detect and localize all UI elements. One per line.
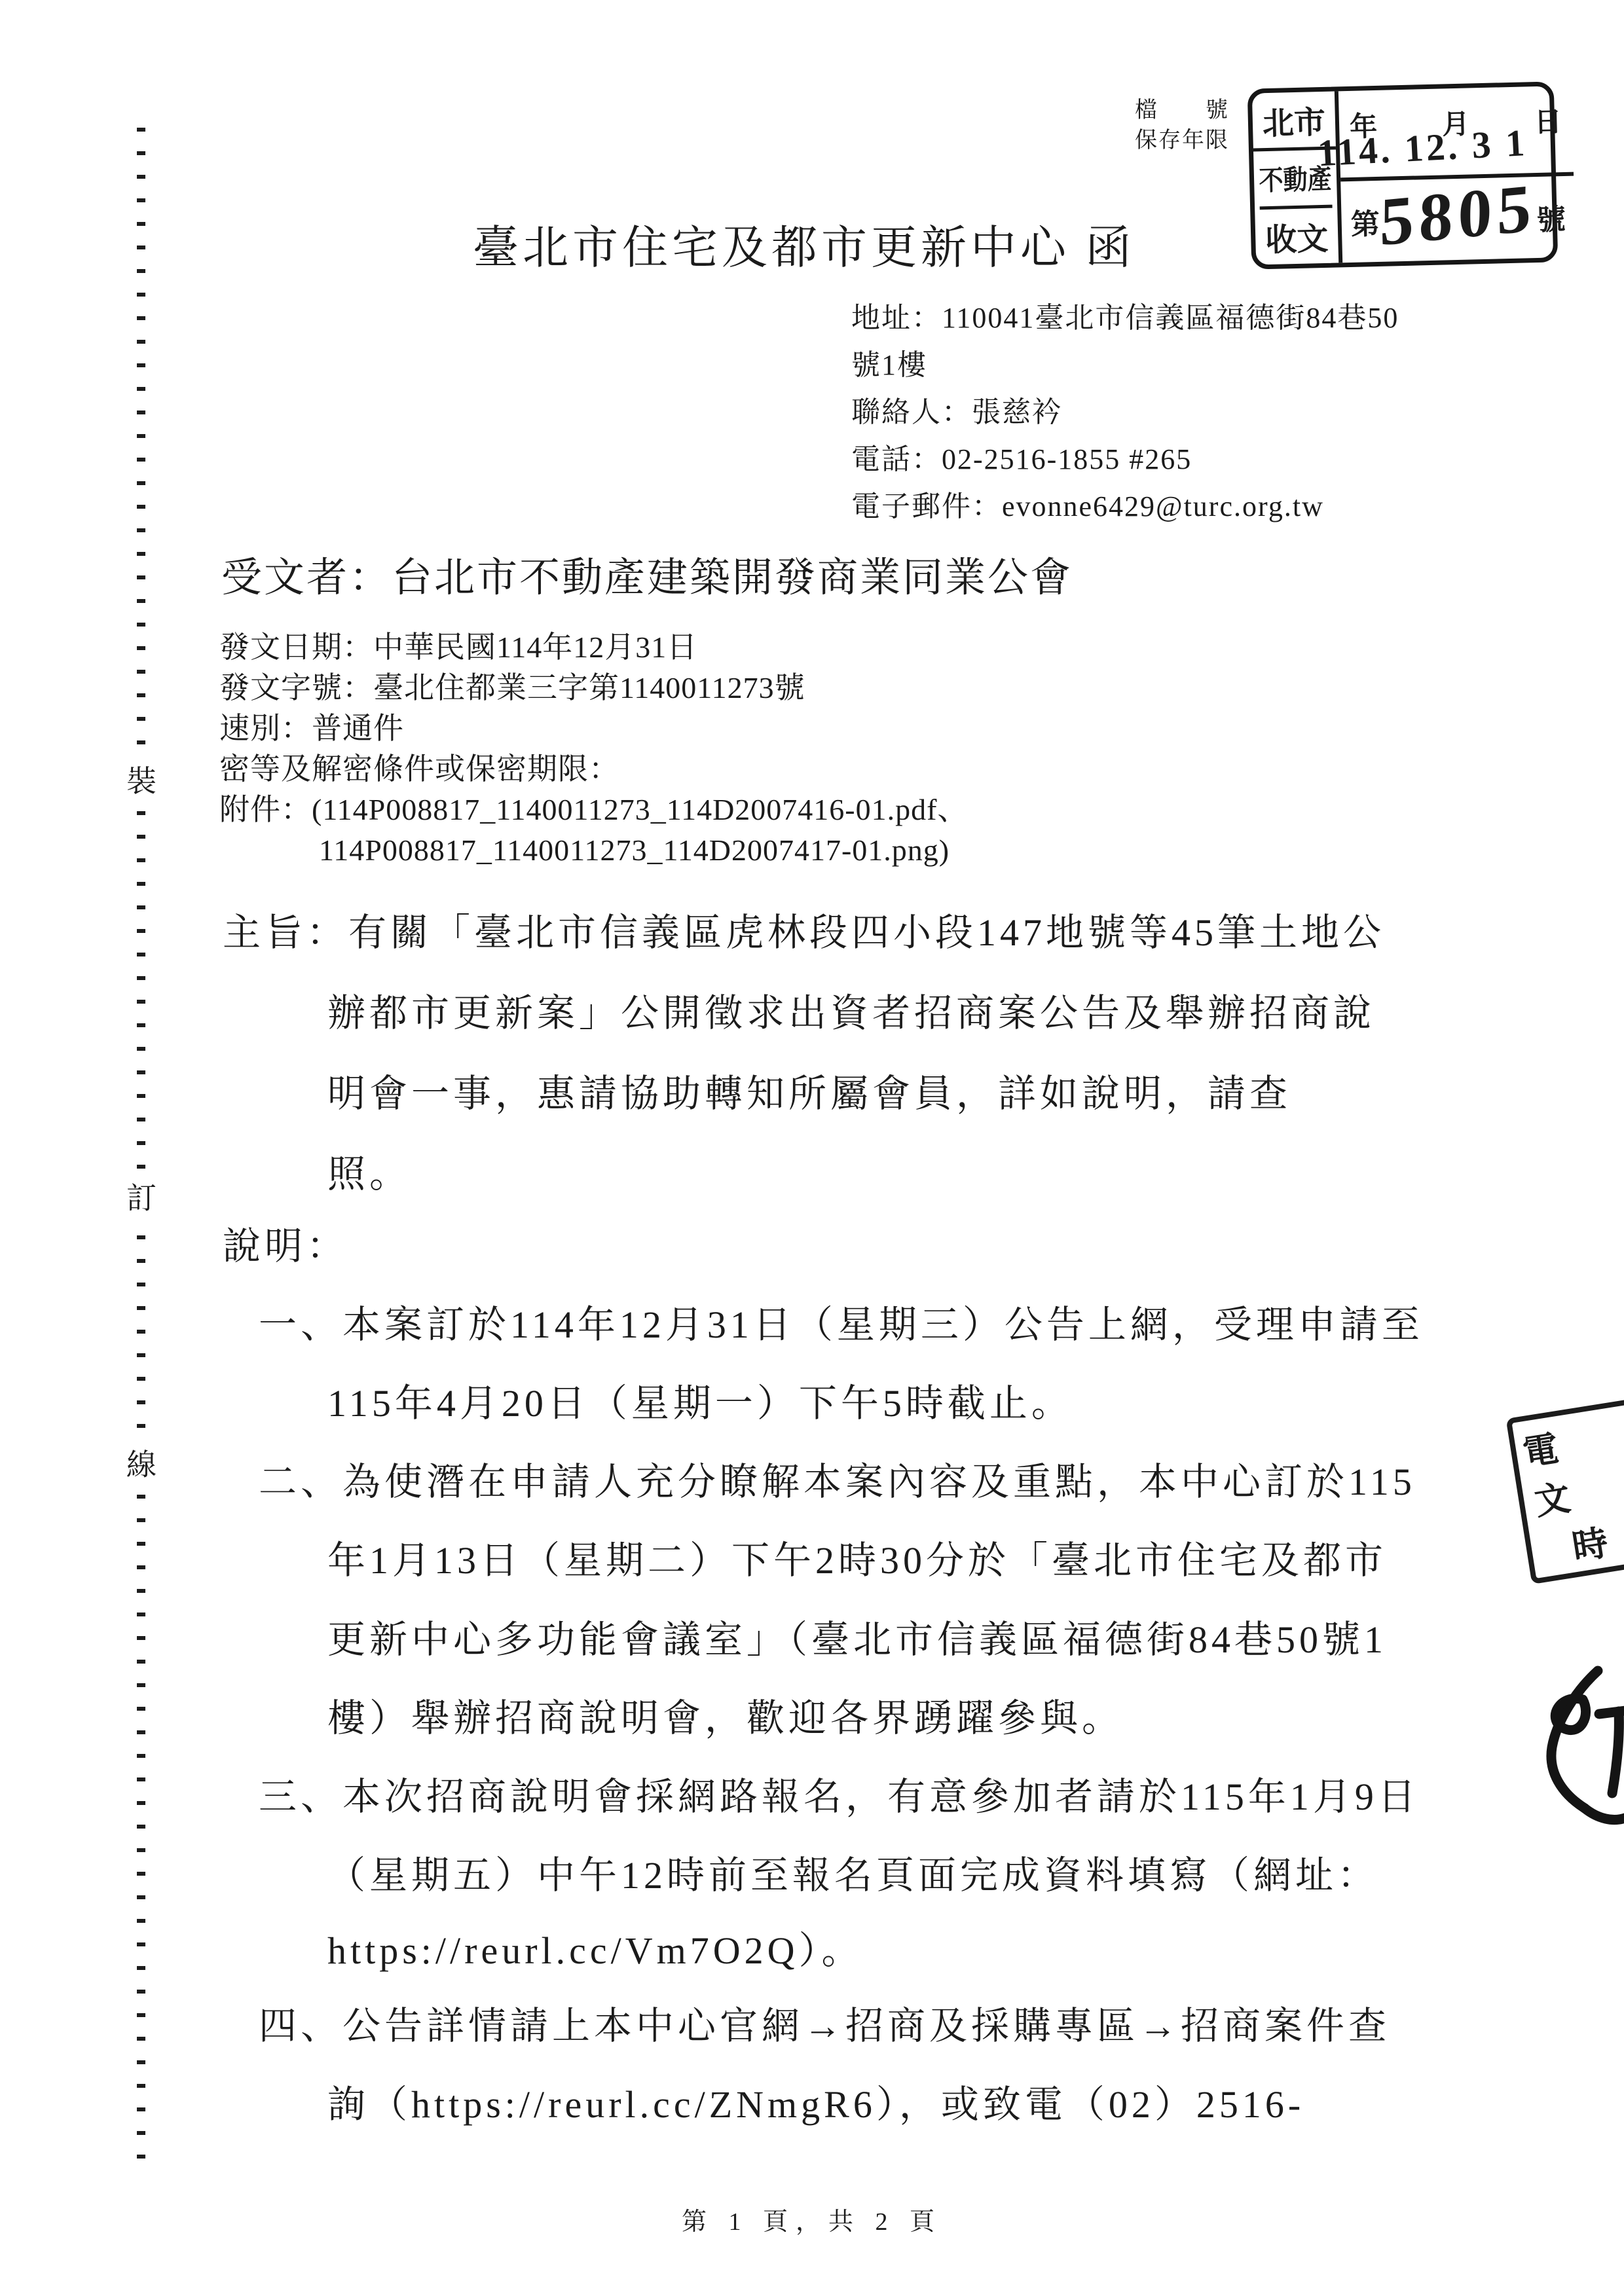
explanation-heading: 說明： — [223, 1226, 348, 1267]
explanation-item3-line3: https://reurl.cc/Vm7O2Q）。 — [327, 1930, 864, 1972]
archive-number-label: 檔 號 — [1135, 96, 1229, 126]
sender-email: 電子郵件：evonne6429@turc.org.tw — [851, 483, 1399, 530]
security-class-line: 密等及解密條件或保密期限： — [219, 749, 968, 790]
sender-address-line2: 號1樓 — [851, 342, 1399, 389]
explanation-item2-line3: 更新中心多功能會議室」（臺北市信義區福德街84巷50號1 — [327, 1619, 1387, 1661]
sender-address-line1: 地址：110041臺北市信義區福德街84巷50 — [851, 295, 1399, 342]
issue-number-line: 發文字號：臺北住都業三字第1140011273號 — [219, 668, 968, 708]
explanation-item4-line2: 詢（https://reurl.cc/ZNmgR6），或致電（02）2516- — [327, 2084, 1304, 2126]
stamp-org-bottom: 收文 — [1255, 208, 1338, 264]
subject-line-1: 主旨：有關「臺北市信義區虎林段四小段147地號等45筆土地公 — [223, 912, 1385, 954]
handwritten-mark — [1521, 1659, 1624, 1836]
subject-line-4: 照。 — [327, 1154, 411, 1195]
side-stamp-char-shi: 時 — [1568, 1515, 1611, 1570]
attachment-line2: 114P008817_1140011273_114D2007417-01.png… — [319, 830, 968, 871]
explanation-item1-line2: 115年4月20日（星期一）下午5時截止。 — [327, 1383, 1073, 1425]
issue-date-line: 發文日期：中華民國114年12月31日 — [219, 627, 968, 668]
binding-label-ding: 訂 — [124, 1175, 158, 1222]
subject-line-3: 明會一事，惠請協助轉知所屬會員，詳如說明，請查 — [327, 1073, 1291, 1115]
binding-label-zhuang: 裝 — [124, 758, 158, 805]
retention-period-label: 保存年限 — [1135, 126, 1229, 156]
side-stamp-char-wen: 文 — [1530, 1470, 1573, 1525]
speed-class-line: 速別：普通件 — [219, 708, 968, 749]
explanation-item2-line4: 樓）舉辦招商說明會，歡迎各界踴躍參與。 — [327, 1698, 1124, 1740]
document-meta-block: 發文日期：中華民國114年12月31日 發文字號：臺北住都業三字第1140011… — [219, 627, 968, 871]
page-number-footer: 第 1 頁，共 2 頁 — [0, 2201, 1624, 2237]
receipt-stamp-body: 年 月 日 114. 12. 3 1 第 5805 號 — [1338, 86, 1576, 263]
subject-line-2: 辦都市更新案」公開徵求出資者招商案公告及舉辦招商說 — [327, 993, 1375, 1034]
explanation-item3-line1: 三、本次招商說明會採網路報名，有意參加者請於115年1月9日 — [259, 1776, 1420, 1818]
explanation-item3-line2: （星期五）中午12時前至報名頁面完成資料填寫（網址： — [327, 1855, 1379, 1897]
recipient-line: 受文者：台北市不動產建築開發商業同業公會 — [221, 545, 1073, 603]
side-stamp-char-dian: 電 — [1519, 1421, 1561, 1476]
archive-retention-label: 檔 號 保存年限 — [1135, 96, 1229, 156]
stamp-number-value: 5805 — [1380, 173, 1537, 257]
sender-phone: 電話：02-2516-1855 #265 — [851, 436, 1399, 483]
scanned-letter-page: 裝 訂 線 檔 號 保存年限 北市 不動產 收文 年 月 日 114. 12. … — [0, 0, 1624, 2296]
sender-contact-block: 地址：110041臺北市信義區福德街84巷50 號1樓 聯絡人：張慈衿 電話：0… — [851, 295, 1399, 530]
explanation-item1-line1: 一、本案訂於114年12月31日（星期三）公告上網，受理申請至 — [259, 1304, 1424, 1346]
stamp-number-row: 第 5805 號 — [1340, 176, 1576, 263]
explanation-item4-line1: 四、公告詳情請上本中心官網→招商及採購專區→招商案件查 — [259, 2005, 1390, 2047]
stamp-date-row: 年 月 日 114. 12. 3 1 — [1338, 86, 1574, 182]
attachment-line1: 附件：(114P008817_1140011273_114D2007416-01… — [219, 790, 968, 830]
electronic-exchange-stamp: 電 子 文 時 — [1506, 1393, 1624, 1584]
explanation-item2-line1: 二、為使潛在申請人充分瞭解本案內容及重點，本中心訂於115 — [259, 1461, 1416, 1503]
document-title: 臺北市住宅及都市更新中心 函 — [473, 211, 1135, 277]
stamp-number-prefix: 第 — [1350, 200, 1380, 243]
stamp-number-suffix: 號 — [1536, 196, 1566, 238]
receipt-stamp: 北市 不動產 收文 年 月 日 114. 12. 3 1 第 5805 號 — [1247, 81, 1559, 269]
binding-label-xian: 線 — [124, 1442, 158, 1489]
stamp-day-label: 日 — [1534, 100, 1562, 140]
receipt-stamp-org-column: 北市 不動產 收文 — [1252, 91, 1342, 264]
binding-dotted-line — [137, 128, 145, 2160]
explanation-item2-line2: 年1月13日（星期二）下午2時30分於「臺北市住宅及都市 — [327, 1540, 1387, 1582]
sender-contact-person: 聯絡人：張慈衿 — [851, 389, 1399, 436]
